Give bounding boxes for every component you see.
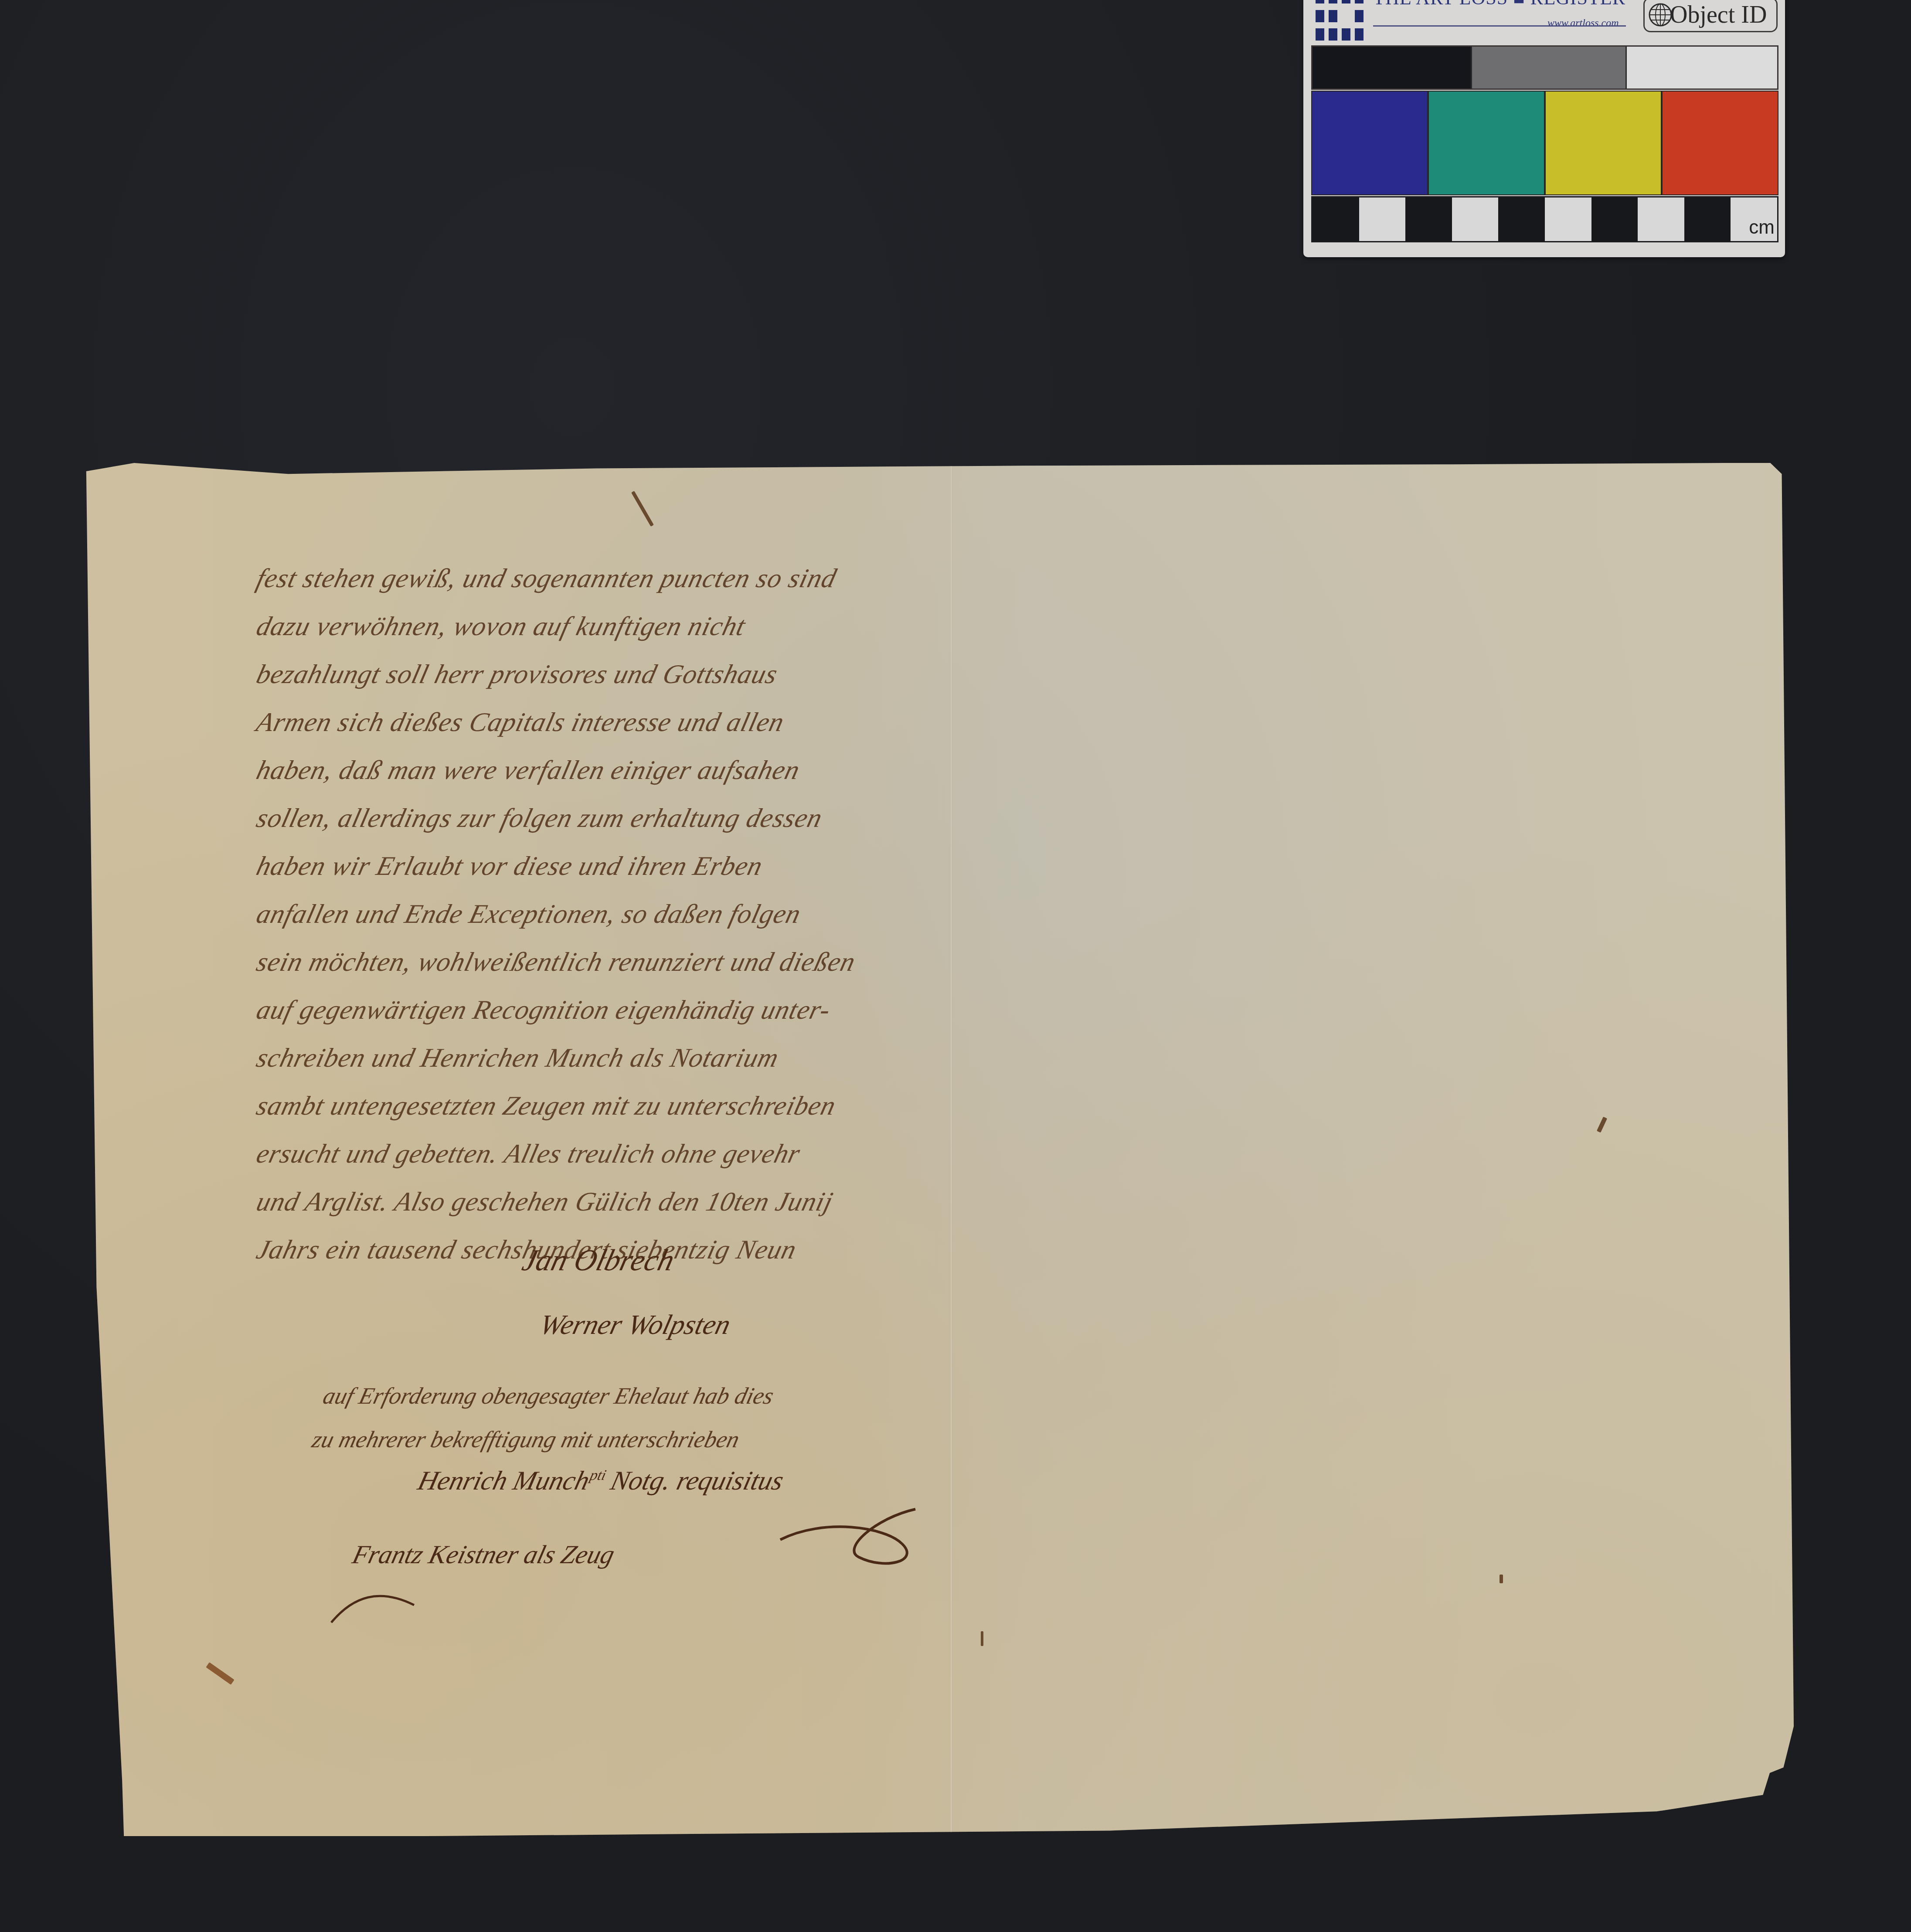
attestation-line: auf Erforderung obengesagter Ehelaut hab…: [318, 1374, 779, 1418]
signature-flourish-icon: [772, 1492, 946, 1579]
object-id-badge: Object ID: [1643, 0, 1778, 32]
ink-speck: [631, 491, 654, 527]
body-line: dazu verwöhnen, wovon auf kunftigen nich…: [251, 602, 1047, 650]
signature-werner-wolpsten: Werner Wolpsten: [537, 1309, 734, 1341]
notary-signature: Henrich Munchpti Notg. requisitus: [415, 1466, 787, 1497]
body-line: ersucht und gebetten. Alles treulich ohn…: [251, 1130, 1047, 1178]
cm-ruler: cm: [1311, 196, 1778, 242]
color-row: [1311, 91, 1778, 195]
body-line: schreiben und Henrichen Munch als Notari…: [251, 1034, 1047, 1082]
yellow-patch: [1545, 91, 1662, 195]
card-url: www.artloss.com: [1547, 17, 1619, 29]
witness-signature: Frantz Keistner als Zeug: [349, 1540, 618, 1570]
color-calibration-card: THE ART LOSS ■ REGISTER www.artloss.com …: [1303, 0, 1785, 257]
signature-jan-olbrech: Jan Olbrech: [519, 1243, 678, 1278]
manuscript-body: fest stehen gewiß, und sogenannten punct…: [257, 554, 1042, 1274]
ink-speck: [1597, 1117, 1607, 1133]
body-line: bezahlungt soll herr provisores und Gott…: [251, 650, 1047, 698]
notary-name: Henrich Munch: [415, 1466, 593, 1496]
manuscript-sheet: fest stehen gewiß, und sogenannten punct…: [83, 463, 1794, 1836]
card-brand-name: THE ART LOSS ■ REGISTER: [1373, 0, 1626, 11]
body-line: sollen, allerdings zur folgen zum erhalt…: [251, 794, 1047, 842]
body-line: und Arglist. Also geschehen Gülich den 1…: [251, 1178, 1047, 1226]
red-patch: [1662, 91, 1778, 195]
unit-label: cm: [1749, 217, 1775, 238]
globe-icon: [1648, 3, 1673, 27]
gray-patch: [1471, 47, 1627, 88]
green-patch: [1428, 91, 1545, 195]
body-line: anfallen und Ende Exceptionen, so daßen …: [251, 890, 1047, 938]
body-line: auf gegenwärtigen Recognition eigenhändi…: [251, 986, 1047, 1034]
body-line: fest stehen gewiß, und sogenannten punct…: [251, 554, 1047, 602]
object-id-label: Object ID: [1670, 3, 1767, 27]
blue-patch: [1311, 91, 1428, 195]
body-line: Armen sich dießes Capitals interesse und…: [251, 698, 1047, 746]
notary-superscript: pti: [588, 1467, 608, 1483]
body-line: sein möchten, wohlweißentlich renunziert…: [251, 938, 1047, 986]
notary-title: Notg. requisitus: [608, 1466, 787, 1496]
body-line: haben, daß man were verfallen einiger au…: [251, 746, 1047, 794]
body-line: haben wir Erlaubt vor diese und ihren Er…: [251, 842, 1047, 890]
ink-speck: [1500, 1575, 1503, 1583]
underline-flourish-icon: [327, 1579, 588, 1631]
attestation-line: zu mehrerer bekrefftigung mit unterschri…: [307, 1418, 768, 1461]
ink-speck: [981, 1631, 983, 1646]
color-patches: cm: [1311, 45, 1778, 242]
notary-attestation: auf Erforderung obengesagter Ehelaut hab…: [307, 1374, 779, 1461]
white-patch: [1627, 47, 1777, 88]
card-divider: [1373, 25, 1626, 27]
art-loss-register-logo-icon: [1316, 0, 1368, 44]
black-patch: [1313, 47, 1471, 88]
grayscale-row: [1311, 45, 1778, 90]
ink-speck: [206, 1662, 234, 1685]
body-line: sambt untengesetzten Zeugen mit zu unter…: [251, 1082, 1047, 1130]
